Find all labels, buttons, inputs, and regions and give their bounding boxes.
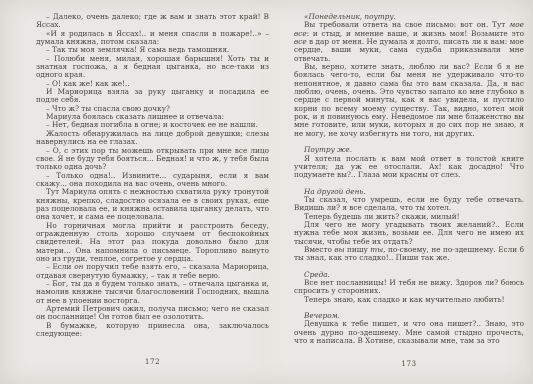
- paragraph: В бумажке, которую принесла она, заключа…: [36, 322, 269, 339]
- paragraph: Теперь знаю, как сладко и как мучительно…: [294, 296, 524, 304]
- paragraph: Жалость обнаружилась на лице доброй деву…: [36, 130, 269, 147]
- page-number-right: 173: [294, 359, 524, 368]
- paragraph: Но горничная могла прийти и расстроить б…: [36, 222, 269, 264]
- paragraph: – Полюби меня, милая, хорошая барышня! Х…: [36, 55, 269, 80]
- paragraph: И Мариорица взяла за руку цыганку и поса…: [36, 88, 269, 105]
- paragraph: Ты сказал, что умрешь, если не буду тебе…: [294, 196, 524, 213]
- paragraph: Вы, верно, хотите знать, люблю ли вас? Е…: [294, 63, 524, 138]
- paragraph: Я хотела послать к вам мой ответ в толст…: [294, 155, 524, 180]
- page-number-left: 172: [36, 357, 269, 366]
- paragraph: Для чего не могу угадывать твоих желаний…: [294, 221, 524, 246]
- paragraph: Девушка к тебе пишет, и что она пишет?..…: [294, 320, 524, 345]
- paragraph: Артемий Петрович ожил, получа письмо; че…: [36, 305, 269, 322]
- paragraph: – О, с этих пор ты можешь открывать при …: [36, 147, 269, 172]
- paragraph: – Далеко, очень далеко; где ж вам и знат…: [36, 13, 269, 30]
- paragraph: Тут Мариула опять с нежностью схватила р…: [36, 188, 269, 221]
- paragraph: – Бог, ты да я будем только знать, – отв…: [36, 280, 269, 305]
- paragraph: Вы требовали ответа на свое письмо: вот …: [294, 21, 524, 63]
- right-page-text: «Понедельник, поутру.Вы требовали ответа…: [294, 13, 524, 345]
- paragraph: «И я родилась в Яссах!.. и меня спасли в…: [36, 30, 269, 47]
- book-spread: – Далеко, очень далеко; где ж вам и знат…: [0, 0, 533, 384]
- left-page-text: – Далеко, очень далеко; где ж вам и знат…: [36, 13, 269, 338]
- paragraph: – Только одна!.. Извините... сударыня, е…: [36, 172, 269, 189]
- paragraph: Вместо вы пишу ты, по-своему, не по-здеш…: [294, 246, 524, 263]
- paragraph: Все нет посланницы! И тебя не вижу. Здор…: [294, 279, 524, 296]
- paragraph: – Если он поручил тебе взять его, – сказ…: [36, 263, 269, 280]
